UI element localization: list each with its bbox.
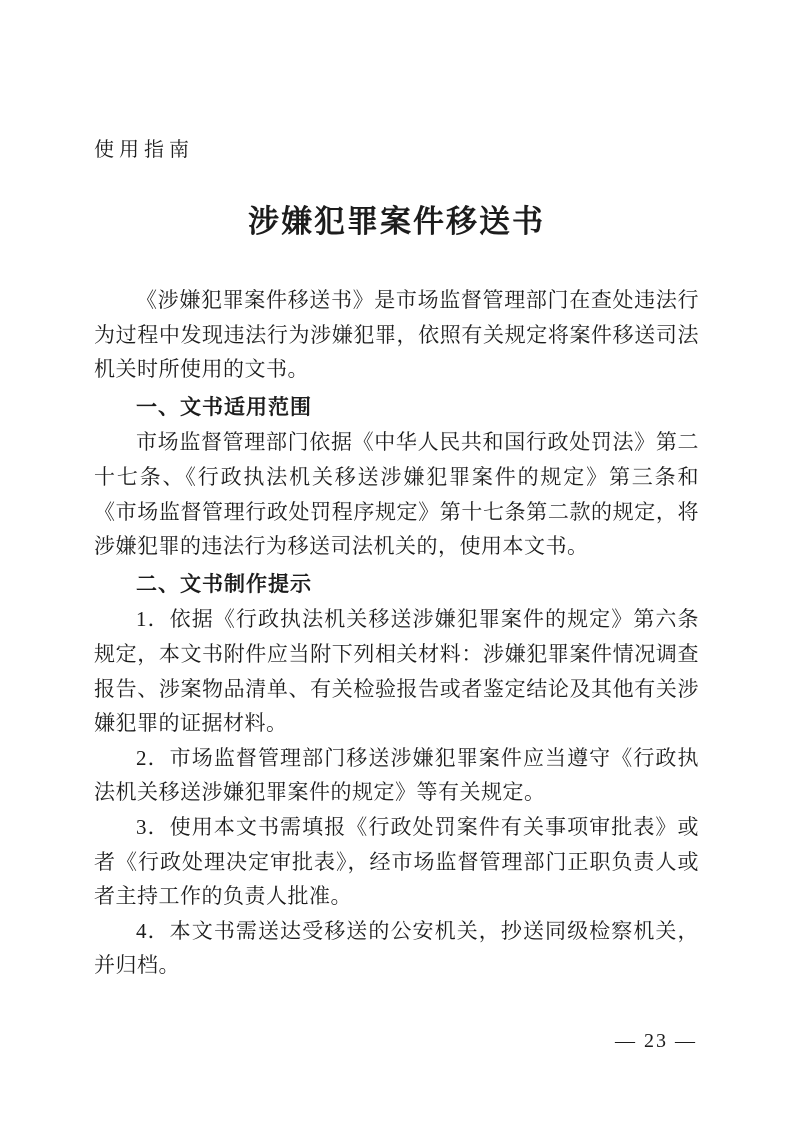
document-page: 使用指南 涉嫌犯罪案件移送书 《涉嫌犯罪案件移送书》是市场监督管理部门在查处违法… xyxy=(0,0,793,1122)
section-heading-scope: 一、文书适用范围 xyxy=(94,391,699,426)
tips-item-4: 4．本文书需送达受移送的公安机关，抄送同级检察机关，并归档。 xyxy=(94,914,699,983)
doc-body: 《涉嫌犯罪案件移送书》是市场监督管理部门在查处违法行为过程中发现违法行为涉嫌犯罪… xyxy=(94,283,699,983)
tips-item-3: 3．使用本文书需填报《行政处罚案件有关事项审批表》或者《行政处理决定审批表》，经… xyxy=(94,810,699,914)
intro-paragraph: 《涉嫌犯罪案件移送书》是市场监督管理部门在查处违法行为过程中发现违法行为涉嫌犯罪… xyxy=(94,283,699,387)
scope-paragraph: 市场监督管理部门依据《中华人民共和国行政处罚法》第二十七条、《行政执法机关移送涉… xyxy=(94,425,699,563)
tips-item-2: 2．市场监督管理部门移送涉嫌犯罪案件应当遵守《行政执法机关移送涉嫌犯罪案件的规定… xyxy=(94,741,699,810)
tips-item-1: 1．依据《行政执法机关移送涉嫌犯罪案件的规定》第六条规定，本文书附件应当附下列相… xyxy=(94,602,699,740)
section-heading-tips: 二、文书制作提示 xyxy=(94,568,699,603)
page-content: 使用指南 涉嫌犯罪案件移送书 《涉嫌犯罪案件移送书》是市场监督管理部门在查处违法… xyxy=(94,0,699,983)
page-title: 涉嫌犯罪案件移送书 xyxy=(94,203,699,241)
doc-type-label: 使用指南 xyxy=(94,137,699,163)
page-number: — 23 — xyxy=(615,1030,697,1053)
